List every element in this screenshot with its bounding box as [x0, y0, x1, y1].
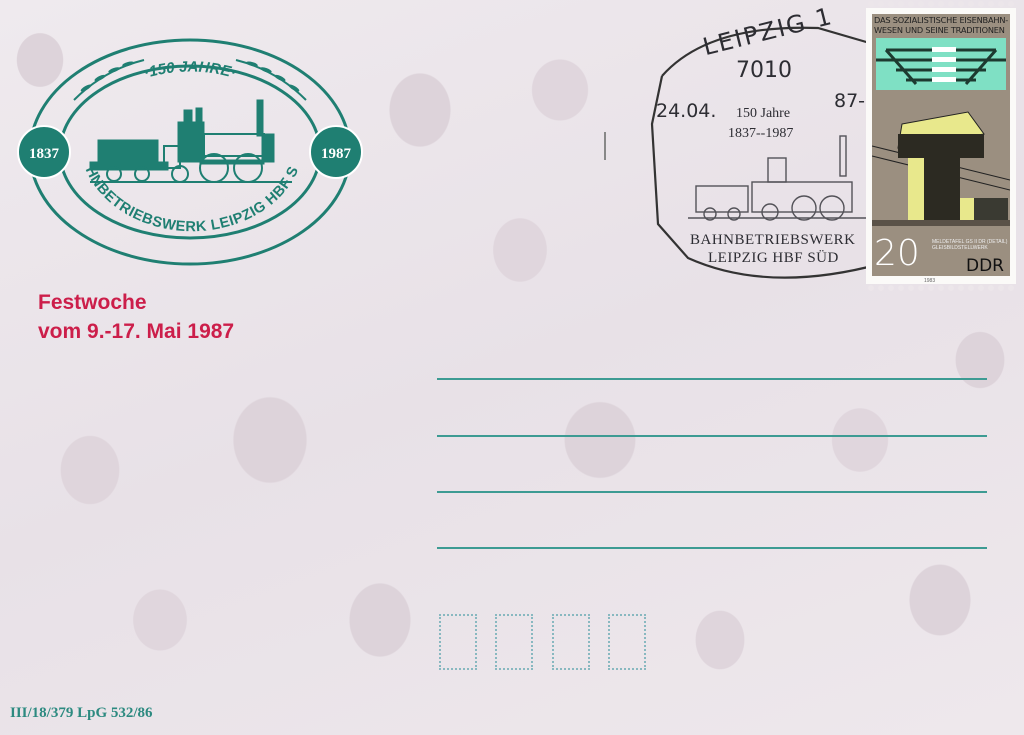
postage-stamp: DAS SOZIALISTISCHE EISENBAHN- WESEN UND …	[866, 8, 1016, 284]
postmark-anniversary: 150 Jahre	[736, 106, 790, 122]
stamp-country: DDR	[966, 256, 1004, 276]
stamp-title: DAS SOZIALISTISCHE EISENBAHN- WESEN UND …	[874, 15, 1008, 35]
event-dates: vom 9.-17. Mai 1987	[38, 317, 234, 346]
svg-text:·150 JAHRE·: ·150 JAHRE·	[142, 58, 238, 81]
postcode-box-3[interactable]	[552, 614, 590, 670]
postcode-box-2[interactable]	[495, 614, 533, 670]
postmark-postcode: 7010	[736, 58, 792, 83]
postmark-depot-line2: LEIPZIG HBF SÜD	[708, 250, 839, 267]
event-announcement: Festwoche vom 9.-17. Mai 1987	[38, 288, 234, 346]
stamp-caption: MELDETAFEL GS II DR (DETAIL) GLEISBILDST…	[932, 239, 1007, 251]
stamp-denomination: 20	[874, 236, 920, 272]
postcode-box-4[interactable]	[608, 614, 646, 670]
address-line-3[interactable]	[437, 491, 987, 493]
logo-top-text: ·150 JAHRE·	[142, 58, 238, 81]
postcode-box-1[interactable]	[439, 614, 477, 670]
address-line-1[interactable]	[437, 378, 987, 380]
logo-start-year: 1837	[29, 146, 60, 162]
address-line-4[interactable]	[437, 547, 987, 549]
postmark-year-range: 1837--1987	[728, 126, 793, 142]
printer-imprint: III/18/379 LpG 532/86	[10, 705, 153, 722]
locomotive-icon	[90, 100, 292, 182]
postmark-date: 24.04.	[656, 100, 716, 122]
railway-anniversary-logo: ·150 JAHRE· 1837 1987 B	[14, 30, 366, 270]
signal-tower-icon	[872, 90, 1010, 240]
logo-end-year: 1987	[321, 146, 352, 162]
fold-mark	[604, 132, 606, 160]
track-diagram-icon	[876, 38, 1006, 90]
postmark-cancellation: LEIPZIG 1 7010 24.04. 87-09 150 Jahre 18…	[648, 14, 888, 294]
stamp-perforation-top	[866, 0, 1016, 8]
stamp-perforation-bottom	[866, 284, 1016, 292]
event-title: Festwoche	[38, 288, 234, 317]
address-line-2[interactable]	[437, 435, 987, 437]
postmark-depot-line1: BAHNBETRIEBSWERK	[690, 232, 856, 249]
